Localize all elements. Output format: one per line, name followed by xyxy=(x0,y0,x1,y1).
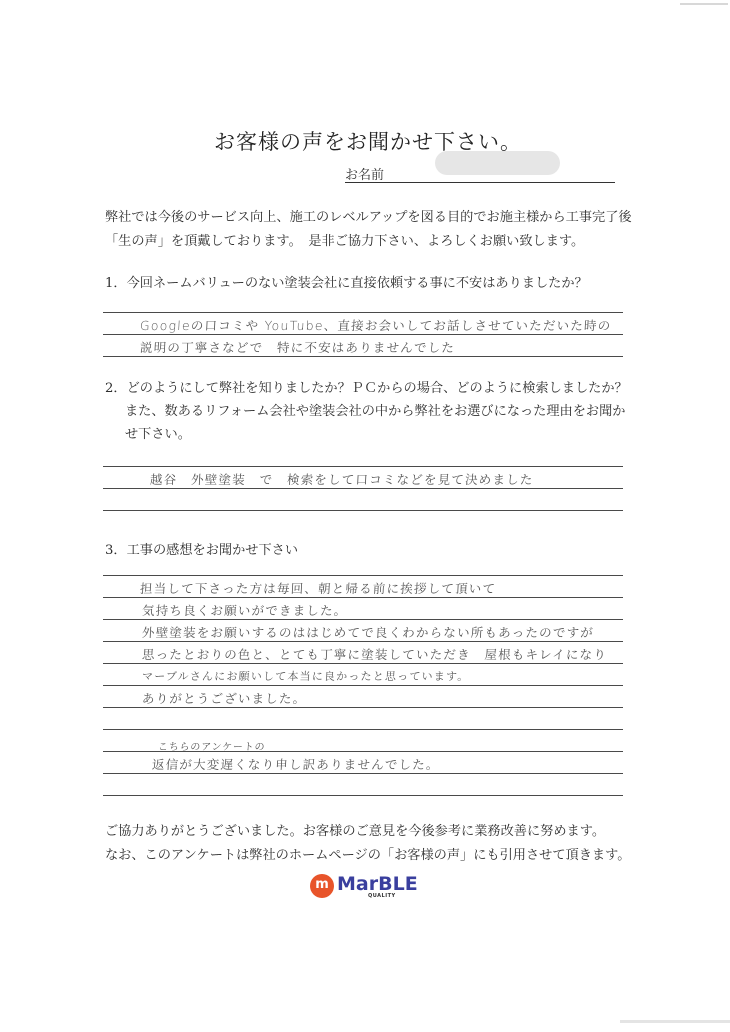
closing-text: ご協力ありがとうございました。お客様のご意見を今後参考に業務改善に努めます。 な… xyxy=(105,820,630,868)
handwritten-answer: ありがとうございました。 xyxy=(142,689,307,707)
handwritten-answer: 担当して下さった方は毎回、朝と帰る前に挨拶して頂いて xyxy=(140,579,497,597)
handwritten-answer: こちらのアンケートの xyxy=(158,738,266,753)
question-1: 1．今回ネームバリューのない塗装会社に直接依頼する事に不安はありましたか？ xyxy=(105,272,588,295)
handwritten-answer: Googleの口コミや YouTube、直接お会いしてお話しさせていただいた時の xyxy=(140,316,612,334)
answer-rule xyxy=(103,575,623,576)
scan-edge xyxy=(620,1020,730,1023)
closing-line: ご協力ありがとうございました。お客様のご意見を今後参考に業務改善に努めます。 xyxy=(105,820,630,844)
logo-wordmark: MarBLE xyxy=(337,873,418,895)
answer-rule xyxy=(103,641,623,642)
intro-line: 「生の声」を頂戴しております。 是非ご協力下さい、よろしくお願い致します。 xyxy=(105,230,632,254)
answer-rule xyxy=(103,312,623,313)
handwritten-answer: 越谷 外壁塗装 で 検索をして口コミなどを見て決めました xyxy=(150,470,535,488)
handwritten-answer: 外壁塗装をお願いするのははじめてで良くわからない所もあったのですが xyxy=(142,623,595,641)
answer-rule xyxy=(103,729,623,730)
answer-rule xyxy=(103,619,623,620)
handwritten-answer: マーブルさんにお願いして本当に良かったと思っています。 xyxy=(142,668,470,684)
answer-rule xyxy=(103,597,623,598)
question-3: 3．工事の感想をお聞かせ下さい xyxy=(105,539,298,562)
answer-rule xyxy=(103,466,623,467)
question-text: 3．工事の感想をお聞かせ下さい xyxy=(105,539,298,562)
question-text: 1．今回ネームバリューのない塗装会社に直接依頼する事に不安はありましたか？ xyxy=(105,272,588,295)
logo-tagline: QUALITY xyxy=(368,893,396,899)
answer-rule xyxy=(103,773,623,774)
answer-rule xyxy=(103,488,623,489)
answer-rule xyxy=(103,334,623,335)
answer-rule xyxy=(103,663,623,664)
intro-line: 弊社では今後のサービス向上、施工のレベルアップを図る目的でお施主様から工事完了後 xyxy=(105,206,632,230)
handwritten-answer: 思ったとおりの色と、とても丁寧に塗装していただき 屋根もキレイになり xyxy=(142,645,608,663)
handwritten-answer: 気持ち良くお願いができました。 xyxy=(142,601,348,619)
name-label: お名前 xyxy=(345,164,384,183)
marble-logo: m MarBLE QUALITY xyxy=(310,874,422,900)
answer-rule xyxy=(103,356,623,357)
answer-rule xyxy=(103,795,623,796)
answer-rule xyxy=(103,685,623,686)
question-text: 2．どのようにして弊社を知りましたか？ＰＣからの場合、どのように検索しましたか？ xyxy=(105,377,628,400)
handwritten-answer: 返信が大変遅くなり申し訳ありませんでした。 xyxy=(152,755,441,773)
survey-page: お客様の声をお聞かせ下さい。 お名前 弊社では今後のサービス向上、施工のレベルア… xyxy=(0,0,730,1032)
logo-mark-icon: m xyxy=(310,874,334,898)
redacted-name xyxy=(435,151,560,175)
question-text: また、数あるリフォーム会社や塗装会社の中から弊社をお選びになった理由をお聞か xyxy=(105,400,628,423)
closing-line: なお、このアンケートは弊社のホームページの「お客様の声」にも引用させて頂きます。 xyxy=(105,844,630,868)
question-2: 2．どのようにして弊社を知りましたか？ＰＣからの場合、どのように検索しましたか？… xyxy=(105,377,628,446)
handwritten-answer: 説明の丁寧さなどで 特に不安はありませんでした xyxy=(140,338,456,356)
question-text: せ下さい。 xyxy=(105,423,628,446)
answer-rule xyxy=(103,707,623,708)
scan-edge xyxy=(680,3,728,5)
intro-text: 弊社では今後のサービス向上、施工のレベルアップを図る目的でお施主様から工事完了後… xyxy=(105,206,632,254)
name-field: お名前 xyxy=(345,164,615,183)
answer-rule xyxy=(103,510,623,511)
